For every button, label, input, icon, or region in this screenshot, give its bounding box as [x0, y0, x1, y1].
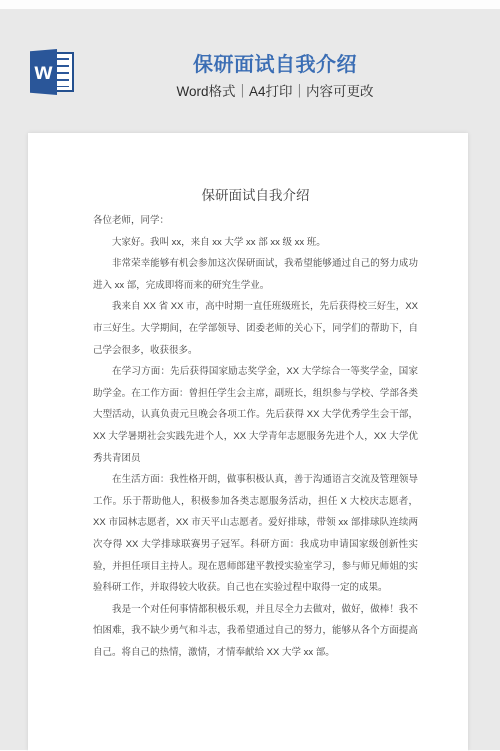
document-paragraph: 大家好。我叫 xx，来自 xx 大学 xx 部 xx 级 xx 班。: [93, 232, 418, 254]
document-page: 保研面试自我介绍 各位老师，同学： 大家好。我叫 xx，来自 xx 大学 xx …: [28, 133, 468, 750]
document-paragraph: 在学习方面：先后获得国家励志奖学金，XX 大学综合一等奖学金，国家助学金。在工作…: [93, 361, 418, 469]
document-paragraph: 我是一个对任何事情都积极乐观，并且尽全力去做对，做好，做棒！我不怕困难，我不缺少…: [93, 599, 418, 664]
document-paragraph: 非常荣幸能够有机会参加这次保研面试，我希望能够通过自己的努力成功进入 xx 部，…: [93, 253, 418, 296]
document-title: 保研面试自我介绍: [93, 187, 418, 204]
document-salutation: 各位老师，同学：: [93, 210, 418, 232]
template-header: w 保研面试自我介绍 Word格式｜A4打印｜内容可更改: [0, 9, 500, 124]
document-paragraph: 我来自 XX 省 XX 市，高中时期一直任班级班长，先后获得校三好生，XX 市三…: [93, 296, 418, 361]
preview-background: w 保研面试自我介绍 Word格式｜A4打印｜内容可更改 保研面试自我介绍 各位…: [0, 9, 500, 750]
template-subtitle: Word格式｜A4打印｜内容可更改: [50, 84, 500, 99]
template-title: 保研面试自我介绍: [50, 53, 500, 77]
document-paragraph: 在生活方面：我性格开朗，做事积极认真，善于沟通语言交流及管理领导工作。乐于帮助他…: [93, 469, 418, 599]
header-text: 保研面试自我介绍 Word格式｜A4打印｜内容可更改: [50, 53, 500, 99]
